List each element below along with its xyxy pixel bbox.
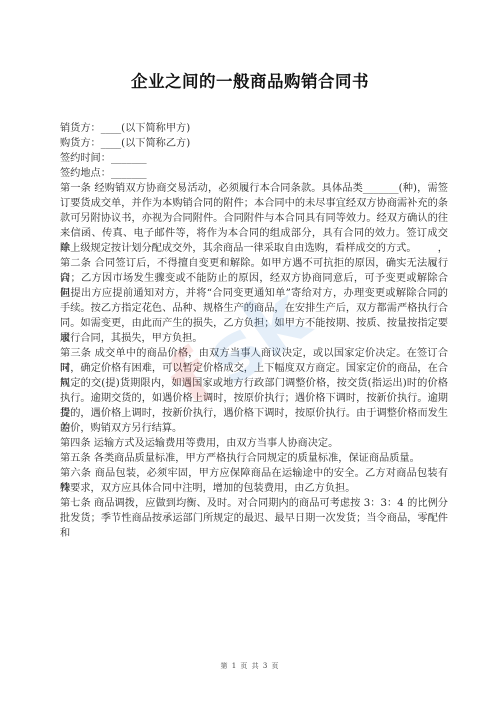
sign-time-blank: _______ <box>111 153 147 164</box>
clause-line: 除上级规定按计划分配成交外，其余商品一律采取自由选购，看样成交的方式。 <box>60 241 448 256</box>
clause-line: 货的，遇价格上调时，按新价执行，遇价格下调时，按原价执行。由于调整价格而发生的 <box>60 406 448 421</box>
sign-time-label: 签约时间： <box>60 153 111 164</box>
party-buyer: 购货方：____(以下简称乙方) <box>60 136 448 151</box>
clause-line: 规定的交(提)货期限内，如遇国家或地方行政部门调整价格，按交货(指运出)时的价格 <box>60 376 448 391</box>
document-title: 企业之间的一般商品购销合同书 <box>0 68 500 92</box>
clause-line: 第七条 商品调拨，应做到均衡、及时。对合同期内的商品可考虑按 3：3：4 的比例… <box>60 496 448 511</box>
clause-line: 订要货成交单，并作为本购销合同的附件；本合同中的未尽事宜经双方协商需补充的条 <box>60 196 448 211</box>
clause-line: 执行。逾期交货的，如遇价格上调时，按原价执行；遇价格下调时，按新价执行。逾期提 <box>60 391 448 406</box>
party-buyer-label: 购货方： <box>60 138 101 149</box>
clause-line: 第五条 各类商品质量标准，甲方严格执行合同规定的质量标准，保证商品质量。 <box>60 451 448 466</box>
clause-line: 来信函、传真、电子邮件等，将作为本合同的组成部分，具有合同的效力。签订成交单， <box>60 226 448 241</box>
page-number: 第 1 页 共 3 页 <box>0 661 500 671</box>
clause-line: 差价，购销双方另行结算。 <box>60 421 448 436</box>
party-seller-blank: ____ <box>101 123 121 134</box>
clauses: 第一条 经购销双方协商交易活动，必须履行本合同条款。具体品类_______(种)… <box>60 181 448 526</box>
clause-line: 履行合同，其损失，甲方负担。 <box>60 331 448 346</box>
clause-line: 但提出方应提前通知对方，并将“合同变更通知单”寄给对方，办理变更或解除合同的 <box>60 286 448 301</box>
document-page: 企业之间的一般商品购销合同书 销货方：____(以下简称甲方) 购货方：____… <box>0 0 500 706</box>
document-body: 销货方：____(以下简称甲方) 购货方：____(以下简称乙方) 签约时间：_… <box>60 121 448 526</box>
clause-line: 第四条 运输方式及运输费用等费用，由双方当事人协商决定。 <box>60 436 448 451</box>
party-buyer-note: (以下简称乙方) <box>121 138 190 149</box>
clause-line: 手续。按乙方指定花色、品种、规格生产的商品，在安排生产后，双方都需严格执行合 <box>60 301 448 316</box>
clause-line: 第一条 经购销双方协商交易活动，必须履行本合同条款。具体品类_______(种)… <box>60 181 448 196</box>
sign-time: 签约时间：_______ <box>60 151 448 166</box>
sign-place: 签约地点：_______ <box>60 166 448 181</box>
clause-line: 第二条 合同签订后，不得擅自变更和解除。如甲方遇不可抗拒的原因，确实无法履行合 <box>60 256 448 271</box>
clause-line: 款可另附协议书，亦视为合同附件。合同附件与本合同具有同等效力。经双方确认的往 <box>60 211 448 226</box>
clause-line: 同。如需变更，由此而产生的损失，乙方负担；如甲方不能按期、按质、按量按指定要求 <box>60 316 448 331</box>
clause-line: 时，确定价格有困难，可以暂定价格成交，上下幅度双方商定。国家定价的商品，在合同 <box>60 361 448 376</box>
clause-line: 第三条 成交单中的商品价格，由双方当事人商议决定，或以国家定价决定。在签订合同 <box>60 346 448 361</box>
clause-line: 同；乙方因市场发生骤变或不能防止的原因，经双方协商同意后，可予变更或解除合同。 <box>60 271 448 286</box>
party-buyer-blank: ____ <box>101 138 121 149</box>
party-seller-label: 销货方： <box>60 123 101 134</box>
clause-line: 殊要求，双方应具体合同中注明，增加的包装费用，由乙方负担。 <box>60 481 448 496</box>
sign-place-label: 签约地点： <box>60 168 111 179</box>
clause-line: 批发货；季节性商品按承运部门所规定的最迟、最早日期一次发货；当令商品，零配件和 <box>60 511 448 526</box>
party-seller-note: (以下简称甲方) <box>121 123 190 134</box>
clause-line: 第六条 商品包装，必须牢固，甲方应保障商品在运输途中的安全。乙方对商品包装有特 <box>60 466 448 481</box>
party-seller: 销货方：____(以下简称甲方) <box>60 121 448 136</box>
sign-place-blank: _______ <box>111 168 147 179</box>
